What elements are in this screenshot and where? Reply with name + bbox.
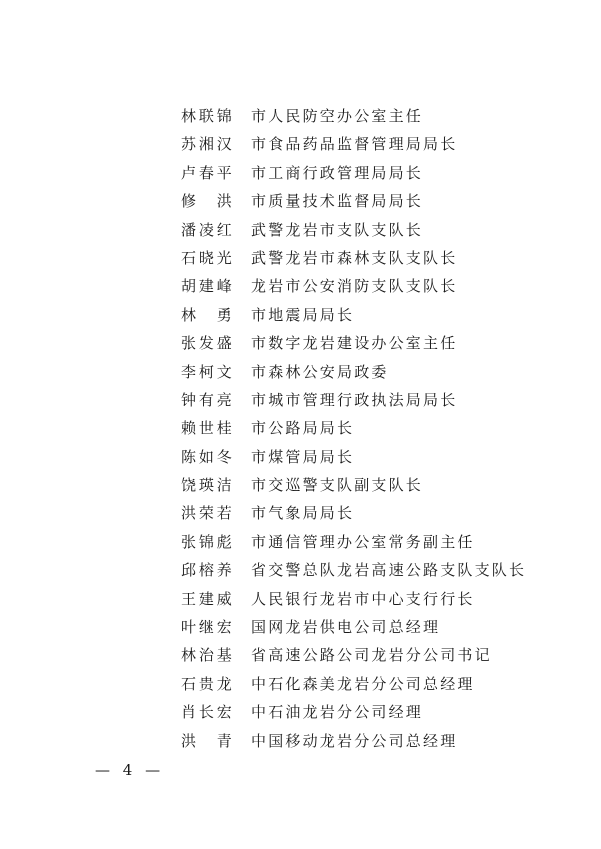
member-title: 武警龙岩市支队支队长: [251, 216, 423, 244]
member-name: 卢春平: [181, 159, 233, 187]
member-title: 人民银行龙岩市中心支行行长: [251, 585, 475, 613]
member-name: 钟有亮: [181, 386, 233, 414]
member-title: 市公路局局长: [251, 414, 354, 442]
member-title: 市城市管理行政执法局局长: [251, 386, 457, 414]
member-title: 中国移动龙岩分公司总经理: [251, 727, 457, 755]
member-title: 市地震局局长: [251, 301, 354, 329]
member-name: 张发盛: [181, 329, 233, 357]
member-name: 饶瑛洁: [181, 471, 233, 499]
member-title: 国网龙岩供电公司总经理: [251, 613, 440, 641]
member-name: 苏湘汉: [181, 130, 233, 158]
member-name: 赖世桂: [181, 414, 233, 442]
member-name: 张锦彪: [181, 528, 233, 556]
member-title: 市通信管理办公室常务副主任: [251, 528, 475, 556]
member-title: 省交警总队龙岩高速公路支队支队长: [251, 556, 526, 584]
member-name: 胡建峰: [181, 272, 233, 300]
member-title: 中石油龙岩分公司经理: [251, 698, 423, 726]
member-name: 邱榕养: [181, 556, 233, 584]
member-name: 石晓光: [181, 244, 233, 272]
member-name: 石贵龙: [181, 670, 233, 698]
member-title: 市数字龙岩建设办公室主任: [251, 329, 457, 357]
member-name: 洪荣若: [181, 499, 233, 527]
member-title: 市气象局局长: [251, 499, 354, 527]
member-title: 市食品药品监督管理局局长: [251, 130, 457, 158]
member-title: 市交巡警支队副支队长: [251, 471, 423, 499]
member-title: 省高速公路公司龙岩分公司书记: [251, 641, 492, 669]
member-name: 叶继宏: [181, 613, 233, 641]
member-title: 市人民防空办公室主任: [251, 102, 423, 130]
member-title: 市质量技术监督局局长: [251, 187, 423, 215]
member-name: 林 勇: [181, 301, 233, 329]
member-title: 市森林公安局政委: [251, 358, 389, 386]
member-title: 市工商行政管理局局长: [251, 159, 423, 187]
member-title: 中石化森美龙岩分公司总经理: [251, 670, 475, 698]
member-title: 武警龙岩市森林支队支队长: [251, 244, 457, 272]
member-name: 林治基: [181, 641, 233, 669]
member-title: 市煤管局局长: [251, 443, 354, 471]
page-number: — 4 —: [95, 760, 164, 780]
member-name: 林联锦: [181, 102, 233, 130]
member-name: 洪 青: [181, 727, 233, 755]
member-name: 李柯文: [181, 358, 233, 386]
member-name: 修 洪: [181, 187, 233, 215]
member-name: 王建威: [181, 585, 233, 613]
member-title: 龙岩市公安消防支队支队长: [251, 272, 457, 300]
member-name: 潘凌红: [181, 216, 233, 244]
member-name: 陈如冬: [181, 443, 233, 471]
member-name: 肖长宏: [181, 698, 233, 726]
